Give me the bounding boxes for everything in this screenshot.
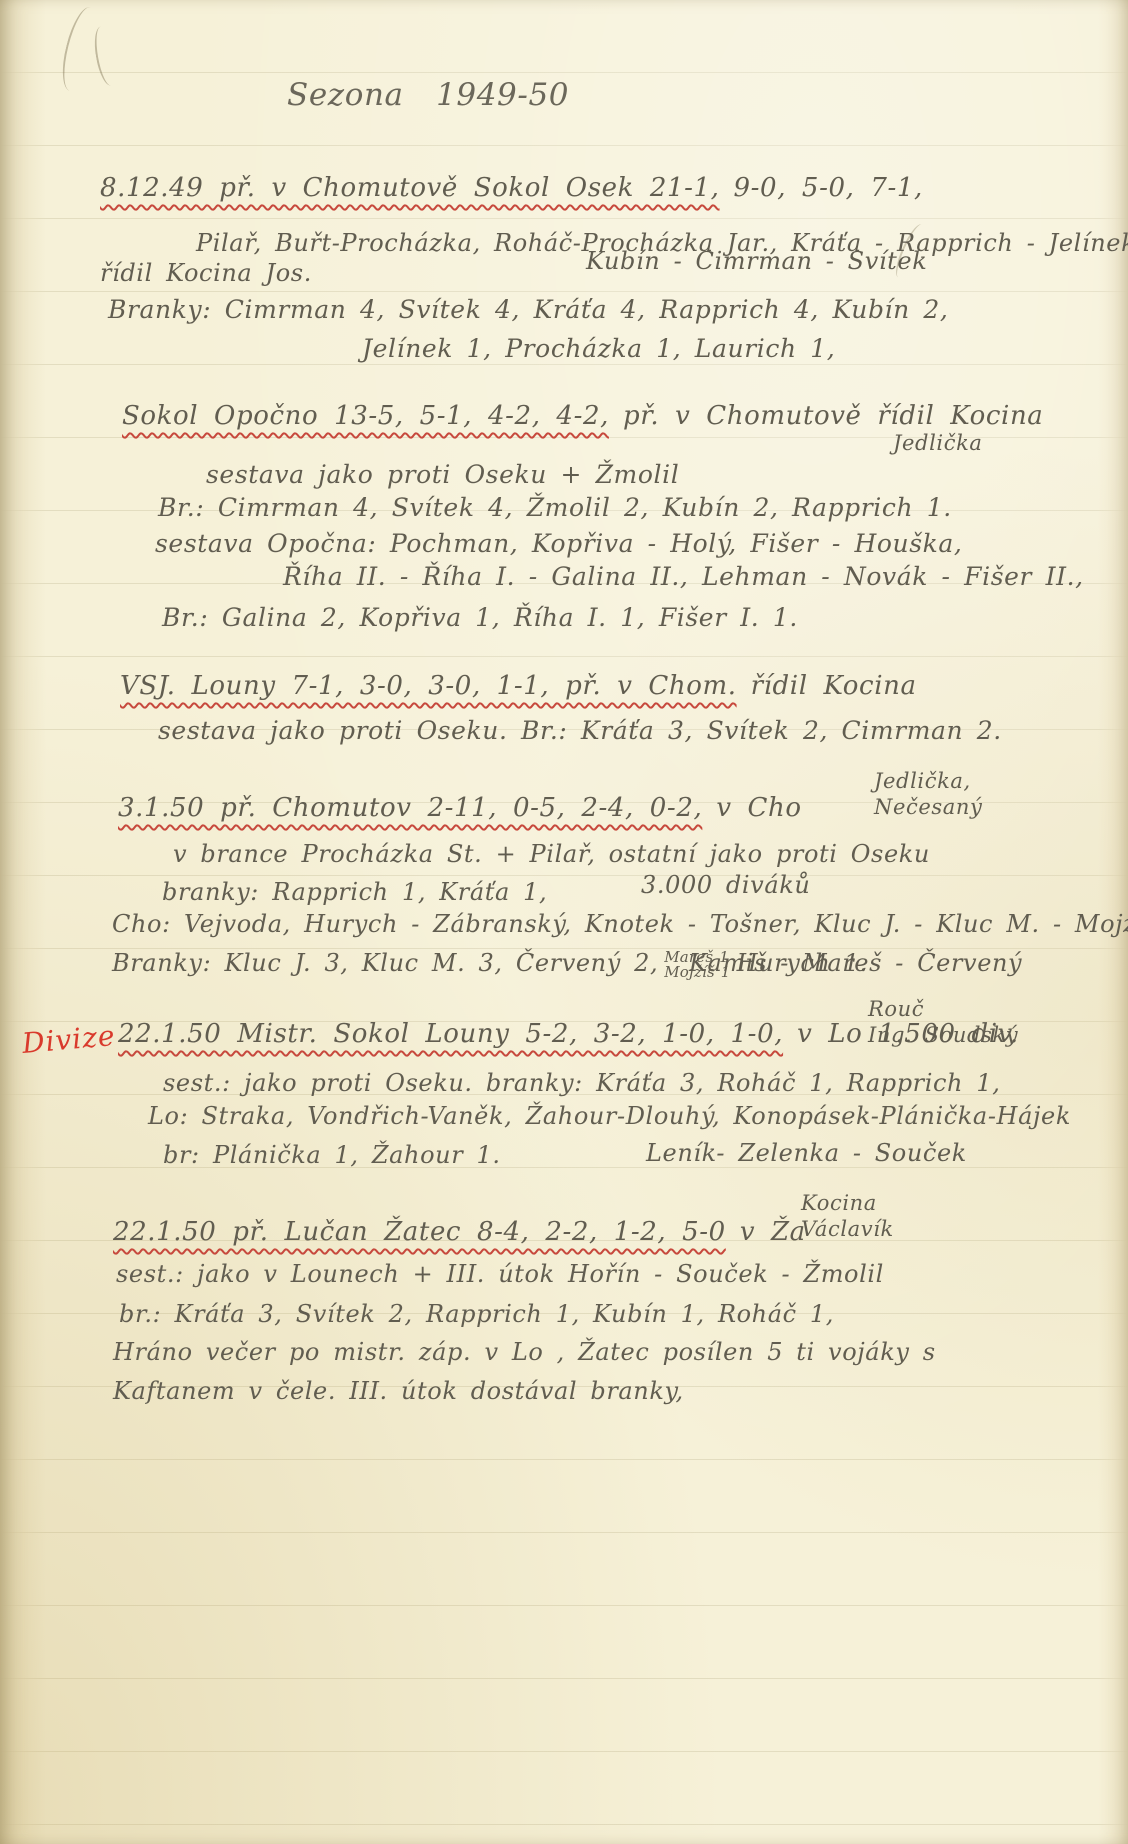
match3-header: VSJ. Louny 7-1, 3-0, 3-0, 1-1, př. v Cho…: [120, 670, 917, 703]
match4-header-rest: v Cho: [716, 793, 801, 823]
match4-opponent-goals-left: Branky: Kluc J. 3, Kluc M. 3, Červený 2,: [112, 949, 658, 977]
match4-header: 3.1.50 př. Chomutov 2-11, 0-5, 2-4, 0-2,…: [118, 792, 802, 825]
match4-referee1: Jedlička,: [874, 768, 982, 794]
match4-referees: Jedlička, Nečesaný: [874, 768, 982, 820]
paper-crease: [91, 25, 121, 88]
match6-note-row2: Kaftanem v čele. III. útok dostával bran…: [113, 1376, 684, 1406]
match5-opponent-line2: Leník- Zelenka - Souček: [646, 1138, 967, 1168]
match1-header-underlined: 8.12.49 př. v Chomutově Sokol Osek 21-1,: [100, 173, 720, 203]
match2-referee2: Jedlička: [893, 430, 983, 456]
match5-header-rest: v Lo 1.500 div.: [797, 1019, 1019, 1049]
match1-header: 8.12.49 př. v Chomutově Sokol Osek 21-1,…: [100, 172, 923, 205]
match6-referee2: Václavík: [801, 1216, 894, 1242]
match6-referee1: Kocina: [801, 1190, 894, 1216]
match2-header-rest: př. v Chomutově řídil Kocina: [623, 401, 1043, 431]
notebook-page: Sezona 1949-50 8.12.49 př. v Chomutově S…: [0, 0, 1128, 1844]
page-title: Sezona 1949-50: [287, 76, 569, 115]
match5-note: sest.: jako proti Oseku. branky: Kráťa 3…: [163, 1068, 1000, 1098]
match4-attendance: 3.000 diváků: [641, 870, 810, 900]
match1-goals-row1: Branky: Cimrman 4, Svítek 4, Kráťa 4, Ra…: [108, 294, 948, 325]
match2-header: Sokol Opočno 13-5, 5-1, 4-2, 4-2,př. v C…: [122, 400, 1043, 433]
match2-header-underlined: Sokol Opočno 13-5, 5-1, 4-2, 4-2,: [122, 401, 609, 431]
match6-goals: br.: Kráťa 3, Svítek 2, Rapprich 1, Kubí…: [119, 1299, 834, 1329]
match1-referee-note: řídil Kocina Jos.: [100, 258, 312, 288]
match5-opponent-lineup: Lo: Straka, Vondřich-Vaněk, Žahour-Dlouh…: [148, 1101, 1071, 1131]
match6-note-row1: Hráno večer po mistr. záp. v Lo , Žatec …: [113, 1337, 936, 1367]
match4-opponent-lineup: Cho: Vejvoda, Hurych - Zábranský, Knotek…: [112, 909, 1128, 939]
match2-goals: Br.: Cimrman 4, Svítek 4, Žmolil 2, Kubí…: [158, 492, 952, 523]
match6-lineup-note: sest.: jako v Lounech + III. útok Hořín …: [116, 1259, 884, 1289]
match6-header: 22.1.50 př. Lučan Žatec 8-4, 2-2, 1-2, 5…: [113, 1216, 806, 1249]
match5-goals: br: Plánička 1, Žahour 1.: [163, 1140, 501, 1170]
match2-opponent-goals: Br.: Galina 2, Kopřiva 1, Říha I. 1, Fiš…: [162, 602, 798, 633]
match5-header-underlined: 22.1.50 Mistr. Sokol Louny 5-2, 3-2, 1-0…: [118, 1019, 783, 1049]
match6-referees: Kocina Václavík: [801, 1190, 894, 1242]
match1-header-periods: 9-0, 5-0, 7-1,: [734, 173, 923, 203]
match2-opponent-lineup-row1: sestava Opočna: Pochman, Kopřiva - Holý,…: [155, 528, 962, 559]
match4-referee2: Nečesaný: [874, 794, 982, 820]
match4-opponent-line3: Kamiš - Mareš - Červený: [689, 948, 1022, 978]
match4-goalie-note: v brance Procházka St. + Pilař, ostatní …: [173, 839, 930, 869]
match4-goals: branky: Rapprich 1, Kráťa 1,: [162, 877, 547, 907]
match2-opponent-lineup-row2: Říha II. - Říha I. - Galina II., Lehman …: [283, 561, 1084, 592]
match6-header-underlined: 22.1.50 př. Lučan Žatec 8-4, 2-2, 1-2, 5…: [113, 1217, 726, 1247]
match6-header-rest: v Ža: [740, 1217, 806, 1247]
match3-header-rest: řídil Kocina: [751, 671, 917, 701]
match4-header-underlined: 3.1.50 př. Chomutov 2-11, 0-5, 2-4, 0-2,: [118, 793, 702, 823]
match2-lineup-note: sestava jako proti Oseku + Žmolil: [206, 459, 679, 490]
match3-note: sestava jako proti Oseku. Br.: Kráťa 3, …: [158, 715, 1002, 746]
match5-header: 22.1.50 Mistr. Sokol Louny 5-2, 3-2, 1-0…: [118, 1018, 1019, 1051]
match1-goals-row2: Jelínek 1, Procházka 1, Laurich 1,: [362, 333, 835, 364]
match3-header-underlined: VSJ. Louny 7-1, 3-0, 3-0, 1-1, př. v Cho…: [120, 671, 737, 701]
match1-lineup-row2: Kubín - Cimrman - Svítek: [586, 246, 927, 276]
division-margin-label: Divize: [21, 1018, 117, 1061]
